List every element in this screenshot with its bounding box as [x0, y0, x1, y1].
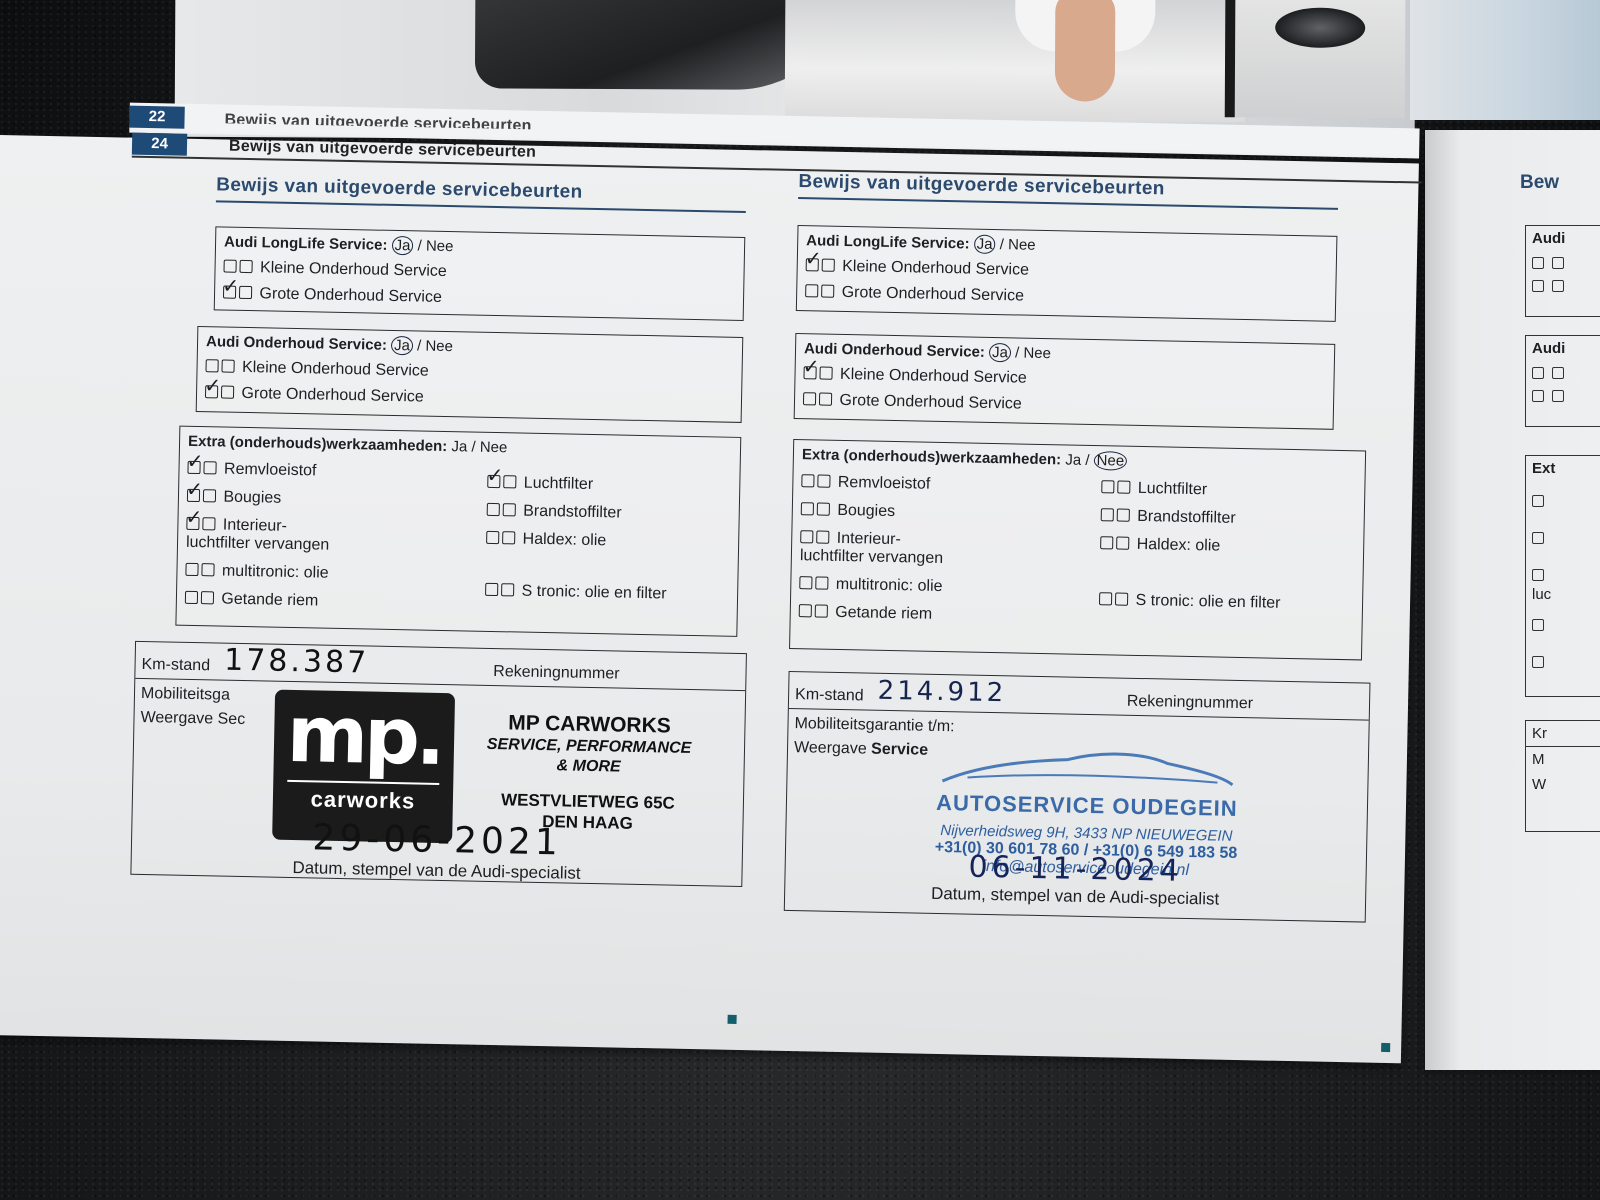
- checkbox-checked-icon[interactable]: [223, 286, 236, 299]
- checkbox-icon[interactable]: [239, 286, 252, 299]
- extra-werkzaamheden-box: Extra (onderhouds)werkzaamheden: Ja / Ne…: [789, 439, 1366, 660]
- checkbox-checked-icon[interactable]: [205, 385, 218, 398]
- checkbox-icon[interactable]: [221, 360, 234, 373]
- checkbox-row-interieurfilter[interactable]: Interieur-luchtfilter vervangen: [800, 529, 1091, 571]
- checkbox-icon[interactable]: [503, 475, 516, 488]
- partial-box-onderhoud: Audi: [1525, 335, 1600, 427]
- checkbox-icon[interactable]: [203, 461, 216, 474]
- option-ja-circled[interactable]: Ja: [391, 336, 413, 355]
- checkbox-icon[interactable]: [815, 604, 828, 617]
- checkbox-icon[interactable]: [205, 359, 218, 372]
- car-silhouette-icon: [937, 745, 1238, 791]
- checkbox-row-stronic[interactable]: S tronic: olie en filter: [485, 582, 729, 605]
- option-ja[interactable]: Ja: [1065, 451, 1081, 468]
- checkbox-icon[interactable]: [803, 392, 816, 405]
- checkbox-checked-icon[interactable]: [187, 489, 200, 502]
- checkbox-icon[interactable]: [1100, 536, 1113, 549]
- checkbox-icon[interactable]: [1099, 592, 1112, 605]
- checkbox-icon[interactable]: [816, 530, 829, 543]
- checkbox-row[interactable]: Grote Onderhoud Service: [805, 283, 1327, 311]
- checkbox-icon[interactable]: [817, 502, 830, 515]
- checkbox-icon[interactable]: [801, 502, 814, 515]
- checkbox-row-multitronic[interactable]: multitronic: olie: [799, 575, 1089, 599]
- mp-carworks-stamp: MP CARWORKS SERVICE, PERFORMANCE & MORE …: [462, 710, 714, 835]
- checkbox-icon[interactable]: [799, 604, 812, 617]
- km-stamp-box: Km-stand 178.387 Rekeningnummer Mobilite…: [130, 641, 747, 887]
- checkbox-icon[interactable]: [819, 367, 832, 380]
- checkbox-row[interactable]: Kleine Onderhoud Service: [803, 365, 1325, 393]
- checkbox-row-brandstoffilter[interactable]: Brandstoffilter: [487, 502, 731, 525]
- option-nee[interactable]: Nee: [426, 238, 454, 256]
- partial-box-km: Kr M W: [1525, 720, 1600, 832]
- page-number-tab-22: 22: [129, 106, 184, 129]
- checkbox-row-interieurfilter[interactable]: Interieur-luchtfilter vervangen: [186, 516, 477, 558]
- checkbox-row-remvloeistof[interactable]: Remvloeistof: [801, 473, 1091, 497]
- checkbox-row-bougies[interactable]: Bougies: [801, 501, 1091, 525]
- km-stand-value[interactable]: 214.912: [877, 676, 1006, 709]
- km-stamp-box: Km-stand 214.912 Rekeningnummer Mobilite…: [784, 671, 1371, 923]
- checkbox-icon[interactable]: [486, 531, 499, 544]
- checkbox-row-remvloeistof[interactable]: Remvloeistof: [187, 460, 477, 484]
- checkbox-icon[interactable]: [1117, 508, 1130, 521]
- checkbox-row-brandstoffilter[interactable]: Brandstoffilter: [1101, 507, 1356, 530]
- checkbox-icon[interactable]: [221, 385, 234, 398]
- checkbox-icon[interactable]: [821, 285, 834, 298]
- checkbox-checked-icon[interactable]: [187, 461, 200, 474]
- checkbox-icon[interactable]: [799, 576, 812, 589]
- checkbox-icon[interactable]: [502, 531, 515, 544]
- extra-werkzaamheden-box: Extra (onderhouds)werkzaamheden: Ja / Ne…: [175, 426, 741, 637]
- page-number-tab-24: 24: [132, 133, 187, 156]
- checkbox-icon[interactable]: [817, 474, 830, 487]
- checkbox-row[interactable]: Kleine Onderhoud Service: [223, 259, 735, 287]
- partial-page-title: Bew: [1520, 172, 1559, 194]
- blue-page-corner: [1410, 0, 1600, 120]
- partial-box-extra: Ext luc: [1525, 455, 1600, 697]
- service-record-right: Bewijs van uitgevoerde servicebeurten Au…: [784, 171, 1339, 922]
- checkbox-row-bougies[interactable]: Bougies: [187, 488, 477, 512]
- teal-marker: [728, 1015, 737, 1024]
- checkbox-icon[interactable]: [503, 503, 516, 516]
- option-nee-circled[interactable]: Nee: [1093, 451, 1127, 471]
- checkbox-row-stronic[interactable]: S tronic: olie en filter: [1099, 591, 1354, 614]
- checkbox-icon[interactable]: [800, 530, 813, 543]
- km-stand-value[interactable]: 178.387: [224, 646, 370, 679]
- checkbox-checked-icon[interactable]: [487, 475, 500, 488]
- checkbox-icon[interactable]: [805, 284, 818, 297]
- checkbox-icon[interactable]: [822, 259, 835, 272]
- checkbox-icon[interactable]: [1116, 536, 1129, 549]
- partial-box-longlife: Audi: [1525, 225, 1600, 317]
- longlife-box: Audi LongLife Service: Ja / Nee Kleine O…: [796, 225, 1338, 322]
- option-nee[interactable]: Nee: [425, 338, 453, 356]
- service-record-left: Bewijs van uitgevoerde servicebeurten Au…: [202, 174, 746, 886]
- checkbox-row[interactable]: Grote Onderhoud Service: [223, 285, 735, 313]
- checkbox-icon[interactable]: [1101, 480, 1114, 493]
- checkbox-icon[interactable]: [201, 591, 214, 604]
- option-nee[interactable]: Nee: [1023, 345, 1051, 363]
- checkbox-row-getande-riem[interactable]: Getande riem: [185, 590, 475, 614]
- checkbox-icon[interactable]: [203, 489, 216, 502]
- checkbox-icon[interactable]: [801, 474, 814, 487]
- checkbox-row[interactable]: Kleine Onderhoud Service: [806, 257, 1328, 285]
- option-nee[interactable]: Nee: [1008, 236, 1036, 254]
- checkbox-icon[interactable]: [487, 503, 500, 516]
- checkbox-icon[interactable]: [819, 393, 832, 406]
- checkbox-row[interactable]: Grote Onderhoud Service: [205, 384, 733, 413]
- checkbox-checked-icon[interactable]: [803, 366, 816, 379]
- checkbox-checked-icon[interactable]: [806, 258, 819, 271]
- headlight-photo: [1225, 0, 1406, 118]
- option-ja-circled[interactable]: Ja: [989, 343, 1011, 362]
- checkbox-icon[interactable]: [185, 591, 198, 604]
- checkbox-icon[interactable]: [239, 260, 252, 273]
- checkbox-row-luchtfilter[interactable]: Luchtfilter: [487, 474, 731, 497]
- person-photo: [785, 0, 1246, 122]
- option-ja-circled[interactable]: Ja: [391, 236, 413, 255]
- checkbox-row-getande-riem[interactable]: Getande riem: [799, 603, 1089, 627]
- option-ja[interactable]: Ja: [451, 438, 467, 455]
- checkbox-icon[interactable]: [815, 576, 828, 589]
- onderhoud-box: Audi Onderhoud Service: Ja / Nee Kleine …: [196, 326, 744, 423]
- checkbox-row-luchtfilter[interactable]: Luchtfilter: [1101, 479, 1356, 502]
- checkbox-icon[interactable]: [223, 260, 236, 273]
- checkbox-icon[interactable]: [485, 583, 498, 596]
- checkbox-icon[interactable]: [1115, 592, 1128, 605]
- checkbox-icon[interactable]: [185, 563, 198, 576]
- onderhoud-box: Audi Onderhoud Service: Ja / Nee Kleine …: [794, 333, 1336, 430]
- checkbox-row-haldex[interactable]: Haldex: olie: [1100, 535, 1355, 558]
- service-booklet: 22 Bewijs van uitgevoerde servicebeurten…: [0, 95, 1460, 1074]
- longlife-box: Audi LongLife Service: Ja / Nee Kleine O…: [214, 226, 746, 321]
- checkbox-checked-icon[interactable]: [186, 517, 199, 530]
- checkbox-row[interactable]: Kleine Onderhoud Service: [205, 358, 733, 387]
- checkbox-icon[interactable]: [1117, 481, 1130, 494]
- option-nee[interactable]: Nee: [480, 439, 508, 457]
- checkbox-icon[interactable]: [202, 517, 215, 530]
- checkbox-icon[interactable]: [201, 563, 214, 576]
- teal-marker: [1381, 1043, 1390, 1052]
- option-ja-circled[interactable]: Ja: [974, 235, 996, 254]
- checkbox-row-haldex[interactable]: Haldex: olie: [486, 530, 730, 553]
- checkbox-row[interactable]: Grote Onderhoud Service: [803, 391, 1325, 419]
- checkbox-row-multitronic[interactable]: multitronic: olie: [185, 562, 475, 586]
- checkbox-icon[interactable]: [501, 583, 514, 596]
- checkbox-icon[interactable]: [1101, 508, 1114, 521]
